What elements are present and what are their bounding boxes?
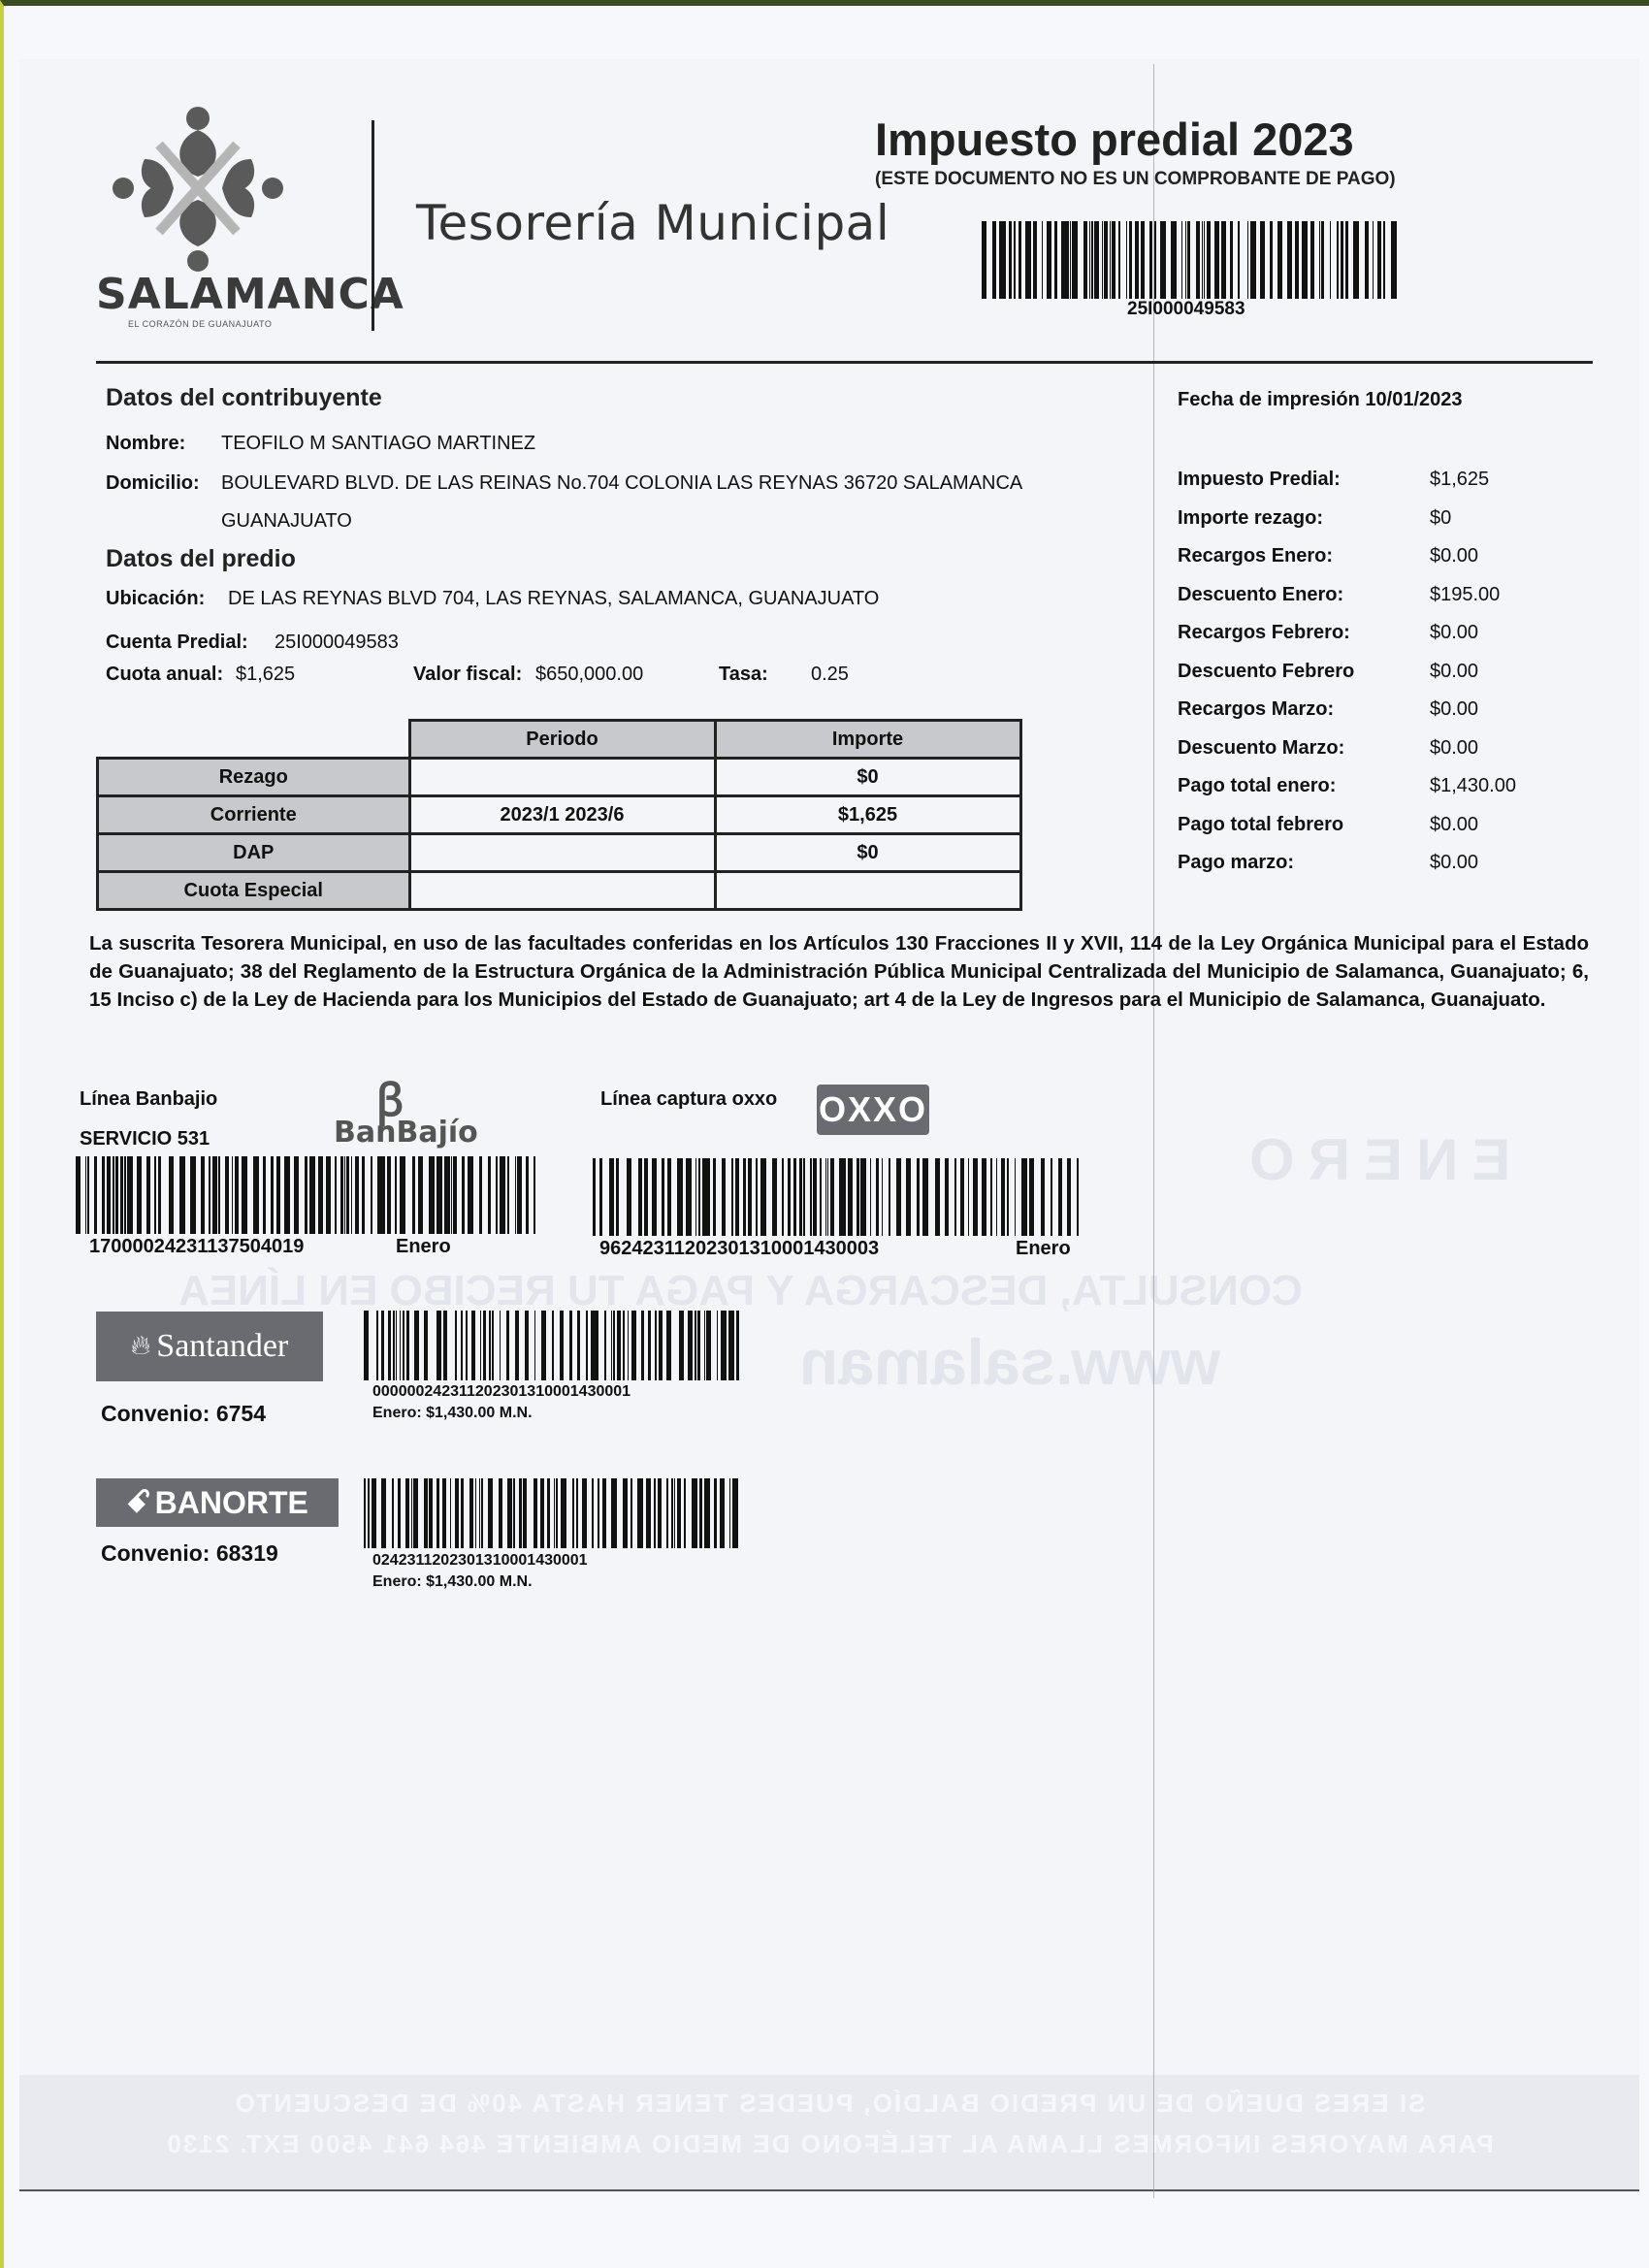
row-concept: Rezago <box>98 759 410 796</box>
document-disclaimer: (ESTE DOCUMENTO NO ES UN COMPROBANTE DE … <box>875 169 1396 190</box>
santander-reference: 000000242311202301310001430001 <box>372 1383 630 1401</box>
table-row: DAP $0 <box>98 834 1021 872</box>
property-location: DE LAS REYNAS BLVD 704, LAS REYNAS, SALA… <box>228 588 879 610</box>
row-amount <box>715 872 1020 910</box>
banbajio-reference: 17000024231137504019 <box>89 1236 304 1258</box>
summary-value: $0.00 <box>1430 661 1478 683</box>
fiscal-value-label: Valor fiscal: <box>413 664 522 686</box>
oxxo-barcode <box>594 1158 1083 1236</box>
banorte-logo-text: BANORTE <box>155 1485 308 1521</box>
taxpayer-section-title: Datos del contribuyente <box>106 384 382 412</box>
property-account: 25I000049583 <box>275 632 399 654</box>
print-date: Fecha de impresión 10/01/2023 <box>1178 389 1463 411</box>
annual-fee-label: Cuota anual: <box>106 664 223 686</box>
santander-barcode <box>363 1311 743 1380</box>
band-line-2: PARA MAYORES INFORMES LLAMA AL TELÉFONO … <box>19 2129 1639 2159</box>
summary-label: Recargos Marzo: <box>1178 698 1334 721</box>
santander-flame-icon: 🔥︎ <box>131 1331 151 1362</box>
row-concept: DAP <box>98 834 410 872</box>
account-barcode-number: 25I000049583 <box>1127 299 1245 320</box>
municipality-name: SALAMANCA <box>96 270 404 319</box>
charges-table: Periodo Importe Rezago $0 Corriente 2023… <box>96 719 1022 911</box>
summary-label: Pago marzo: <box>1178 852 1294 874</box>
summary-value: $0.00 <box>1430 852 1478 874</box>
summary-label: Descuento Enero: <box>1178 584 1343 606</box>
oxxo-month: Enero <box>1016 1238 1071 1260</box>
property-section-title: Datos del predio <box>106 545 296 573</box>
summary-value: $0 <box>1430 507 1451 530</box>
salamanca-logo-icon <box>106 101 290 275</box>
rate-label: Tasa: <box>719 664 768 686</box>
santander-logo: 🔥︎ Santander <box>96 1312 323 1381</box>
fold-line <box>1153 64 1154 2198</box>
name-label: Nombre: <box>106 433 185 455</box>
summary-label: Pago total febrero <box>1178 814 1343 836</box>
summary-value: $0.00 <box>1430 622 1478 644</box>
banbajio-barcode <box>78 1156 537 1234</box>
banorte-barcode <box>363 1478 743 1548</box>
summary-value: $0.00 <box>1430 814 1478 836</box>
banbajio-month: Enero <box>396 1236 451 1258</box>
summary-label: Recargos Enero: <box>1178 545 1333 567</box>
row-amount: $0 <box>715 759 1020 796</box>
banorte-mark-icon: ꗃ <box>126 1484 151 1521</box>
banbajio-service: SERVICIO 531 <box>80 1128 210 1150</box>
table-row: Rezago $0 <box>98 759 1021 796</box>
row-period: 2023/1 2023/6 <box>409 796 715 834</box>
banbajio-logo: BanBajío <box>334 1116 478 1150</box>
watermark-band: SI ERES DUEÑO DE UN PREDIO BALDÍO, PUEDE… <box>19 2075 1639 2191</box>
summary-value: $0.00 <box>1430 698 1478 721</box>
header-rule <box>96 361 1593 364</box>
summary-label: Impuesto Predial: <box>1178 469 1341 491</box>
oxxo-label: Línea captura oxxo <box>600 1088 777 1111</box>
row-period <box>409 759 715 796</box>
banorte-agreement: Convenio: 68319 <box>101 1540 278 1567</box>
band-line-1: SI ERES DUEÑO DE UN PREDIO BALDÍO, PUEDE… <box>19 2089 1639 2119</box>
santander-amount: Enero: $1,430.00 M.N. <box>372 1405 533 1422</box>
address-line-2: GUANAJUATO <box>221 510 352 533</box>
row-amount: $1,625 <box>715 796 1020 834</box>
banbajio-label: Línea Banbajio <box>80 1088 217 1111</box>
fiscal-value: $650,000.00 <box>535 664 643 686</box>
document-title: Impuesto predial 2023 <box>875 113 1354 166</box>
col-header-period: Periodo <box>409 721 715 759</box>
print-date-value: 10/01/2023 <box>1365 389 1462 410</box>
oxxo-reference: 96242311202301310001430003 <box>599 1238 879 1260</box>
summary-label: Descuento Marzo: <box>1178 737 1344 760</box>
office-name: Tesorería Municipal <box>416 195 889 251</box>
summary-value: $0.00 <box>1430 545 1478 567</box>
row-concept: Cuota Especial <box>98 872 410 910</box>
row-concept: Corriente <box>98 796 410 834</box>
table-row: Corriente 2023/1 2023/6 $1,625 <box>98 796 1021 834</box>
banorte-reference: 0242311202301310001430001 <box>372 1552 588 1570</box>
location-label: Ubicación: <box>106 588 205 610</box>
summary-value: $1,430.00 <box>1430 775 1516 797</box>
legal-text: La suscrita Tesorera Municipal, en uso d… <box>89 929 1589 1014</box>
table-row: Cuota Especial <box>98 872 1021 910</box>
account-label: Cuenta Predial: <box>106 632 248 654</box>
banorte-amount: Enero: $1,430.00 M.N. <box>372 1573 533 1591</box>
row-period <box>409 834 715 872</box>
summary-label: Descuento Febrero <box>1178 661 1354 683</box>
summary-label: Importe rezago: <box>1178 507 1323 530</box>
summary-value: $195.00 <box>1430 584 1500 606</box>
summary-label: Recargos Febrero: <box>1178 622 1350 644</box>
print-date-label: Fecha de impresión <box>1178 389 1360 410</box>
taxpayer-name: TEOFILO M SANTIAGO MARTINEZ <box>221 433 535 455</box>
account-barcode <box>982 221 1401 299</box>
oxxo-logo: OXXO <box>817 1085 929 1135</box>
santander-logo-text: Santander <box>156 1328 288 1365</box>
row-period <box>409 872 715 910</box>
address-label: Domicilio: <box>106 472 200 495</box>
banorte-logo: ꗃ BANORTE <box>96 1478 339 1527</box>
row-amount: $0 <box>715 834 1020 872</box>
summary-value: $0.00 <box>1430 737 1478 760</box>
tax-rate: 0.25 <box>811 664 849 686</box>
summary-value: $1,625 <box>1430 469 1489 491</box>
header-divider <box>372 120 374 331</box>
address-line-1: BOULEVARD BLVD. DE LAS REINAS No.704 COL… <box>221 472 1022 495</box>
municipality-tagline: EL CORAZÓN DE GUANAJUATO <box>128 319 272 329</box>
summary-label: Pago total enero: <box>1178 775 1336 797</box>
col-header-amount: Importe <box>715 721 1020 759</box>
santander-agreement: Convenio: 6754 <box>101 1401 266 1427</box>
annual-fee: $1,625 <box>236 664 295 686</box>
